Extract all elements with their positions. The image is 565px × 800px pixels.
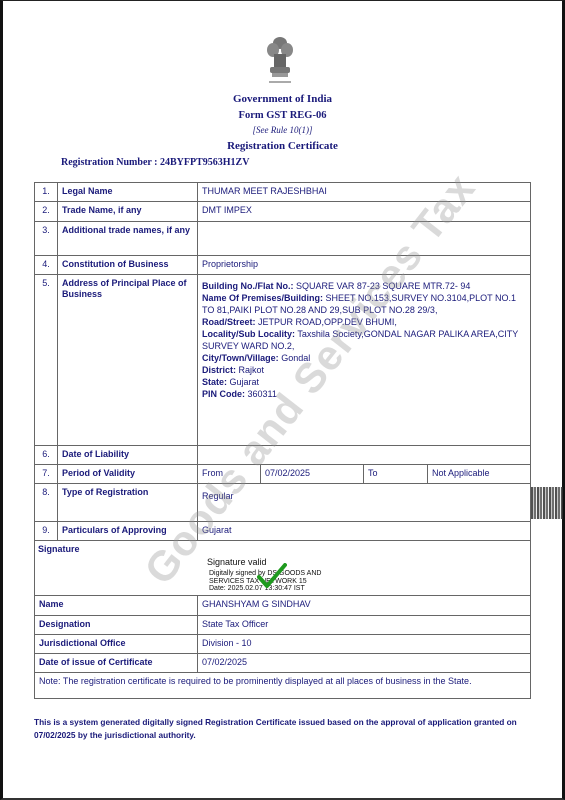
pin-label: PIN Code: <box>202 389 245 399</box>
validity-to-label: To <box>364 465 428 484</box>
form-title: Form GST REG-06 <box>0 110 565 121</box>
table-row: 6. Date of Liability <box>35 446 531 465</box>
row-number: 2. <box>35 202 58 222</box>
row-number: 7. <box>35 465 58 484</box>
officer-name-value: GHANSHYAM G SINDHAV <box>198 596 531 616</box>
row-number: 6. <box>35 446 58 465</box>
legal-name-value: THUMAR MEET RAJESHBHAI <box>198 183 531 202</box>
date-of-liability-value <box>198 446 531 465</box>
issue-date-value: 07/02/2025 <box>198 654 531 673</box>
premises-label: Name Of Premises/Building: <box>202 293 323 303</box>
state-label: State: <box>202 377 227 387</box>
table-row: 4. Constitution of Business Proprietorsh… <box>35 256 531 275</box>
certificate-title: Registration Certificate <box>0 140 565 152</box>
table-row: 1. Legal Name THUMAR MEET RAJESHBHAI <box>35 183 531 202</box>
table-row: 8. Type of Registration Regular <box>35 484 531 522</box>
footer-disclaimer: This is a system generated digitally sig… <box>34 716 534 742</box>
row-label: Legal Name <box>58 183 198 202</box>
row-number: 4. <box>35 256 58 275</box>
pin-value: 360311 <box>248 389 277 399</box>
registration-type-value: Regular <box>202 491 234 501</box>
note-text: Note: The registration certificate is re… <box>35 673 531 699</box>
designation-label: Designation <box>35 616 198 635</box>
building-value: SQUARE VAR 87-23 SQUARE MTR.72- 94 <box>296 281 470 291</box>
road-label: Road/Street: <box>202 317 256 327</box>
signature-row: Signature Signature valid Digitally sign… <box>35 541 531 596</box>
jurisdiction-value: Division - 10 <box>198 635 531 654</box>
issue-date-label: Date of issue of Certificate <box>35 654 198 673</box>
qr-code-icon <box>531 487 563 519</box>
table-row: Name GHANSHYAM G SINDHAV <box>35 596 531 616</box>
row-label: Date of Liability <box>58 446 198 465</box>
row-number: 5. <box>35 275 58 446</box>
registration-type-cell: Regular <box>198 484 531 522</box>
officer-name-label: Name <box>35 596 198 616</box>
city-value: Gondal <box>281 353 310 363</box>
row-label: Type of Registration <box>58 484 198 522</box>
table-row: 7. Period of Validity From 07/02/2025 To… <box>35 465 531 484</box>
row-number: 1. <box>35 183 58 202</box>
approving-value: Gujarat <box>198 522 531 541</box>
building-label: Building No./Flat No.: <box>202 281 294 291</box>
validity-to-value: Not Applicable <box>428 465 531 484</box>
trade-name-value: DMT IMPEX <box>198 202 531 222</box>
validity-from-label: From <box>198 465 261 484</box>
table-row: 2. Trade Name, if any DMT IMPEX <box>35 202 531 222</box>
district-value: Rajkot <box>239 365 265 375</box>
signature-label: Signature <box>38 544 80 555</box>
registration-number-value: 24BYFPT9563H1ZV <box>160 157 249 168</box>
additional-trade-names-value <box>198 222 531 256</box>
row-label: Period of Validity <box>58 465 198 484</box>
state-value: Gujarat <box>230 377 260 387</box>
row-label: Additional trade names, if any <box>58 222 198 256</box>
table-row: 5. Address of Principal Place of Busines… <box>35 275 531 446</box>
table-row: Designation State Tax Officer <box>35 616 531 635</box>
road-value: JETPUR ROAD,OPP.DEV BHUMI, <box>258 317 397 327</box>
registration-number: Registration Number : 24BYFPT9563H1ZV <box>61 157 249 168</box>
designation-value: State Tax Officer <box>198 616 531 635</box>
row-label: Particulars of Approving <box>58 522 198 541</box>
row-number: 3. <box>35 222 58 256</box>
city-label: City/Town/Village: <box>202 353 279 363</box>
row-number: 8. <box>35 484 58 522</box>
district-label: District: <box>202 365 236 375</box>
row-number: 9. <box>35 522 58 541</box>
address-value: Building No./Flat No.: SQUARE VAR 87-23 … <box>198 275 531 446</box>
table-row: 9. Particulars of Approving Gujarat <box>35 522 531 541</box>
registration-number-label: Registration Number : <box>61 157 157 168</box>
table-row: Date of issue of Certificate 07/02/2025 <box>35 654 531 673</box>
row-label: Trade Name, if any <box>58 202 198 222</box>
row-label: Constitution of Business <box>58 256 198 275</box>
signature-block: Signature Signature valid Digitally sign… <box>35 541 530 595</box>
rule-reference: [See Rule 10(1)] <box>0 125 565 135</box>
constitution-value: Proprietorship <box>198 256 531 275</box>
table-row: Jurisdictional Office Division - 10 <box>35 635 531 654</box>
validity-from-value: 07/02/2025 <box>261 465 364 484</box>
note-row: Note: The registration certificate is re… <box>35 673 531 699</box>
jurisdiction-label: Jurisdictional Office <box>35 635 198 654</box>
certificate-table: 1. Legal Name THUMAR MEET RAJESHBHAI 2. … <box>34 182 531 699</box>
locality-label: Locality/Sub Locality: <box>202 329 295 339</box>
government-heading: Government of India <box>0 93 565 105</box>
table-row: 3. Additional trade names, if any <box>35 222 531 256</box>
national-emblem-icon <box>264 34 296 86</box>
row-label: Address of Principal Place of Business <box>58 275 198 446</box>
checkmark-icon <box>257 563 287 589</box>
